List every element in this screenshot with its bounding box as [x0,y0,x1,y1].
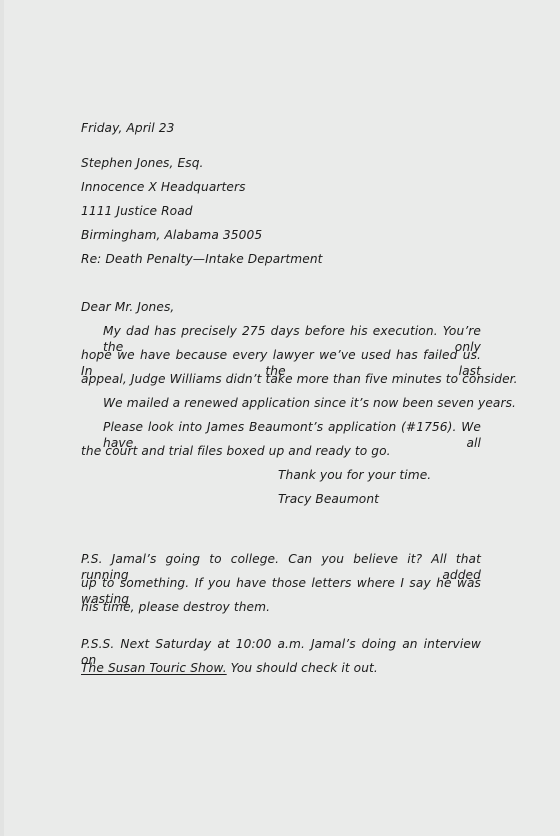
recipient-organization: Innocence X Headquarters [81,179,246,195]
body-line: appeal, Judge Williams didn’t take more … [81,371,518,387]
closing: Thank you for your time. [278,467,431,483]
letter-subject: Re: Death Penalty—Intake Department [81,251,323,267]
signature: Tracy Beaumont [278,491,379,507]
recipient-street: 1111 Justice Road [81,203,193,219]
letter-date: Friday, April 23 [81,120,174,136]
ps-line: his time, please destroy them. [81,599,270,615]
recipient-name: Stephen Jones, Esq. [81,155,204,171]
recipient-city-state-zip: Birmingham, Alabama 35005 [81,227,262,243]
page-edge [0,0,4,836]
pss-line-2: The Susan Touric Show. You should check … [81,660,378,676]
show-title: The Susan Touric Show. [81,661,227,675]
body-line: the court and trial files boxed up and r… [81,443,391,459]
body-line: We mailed a renewed application since it… [103,395,516,411]
salutation: Dear Mr. Jones, [81,299,174,315]
pss-line-rest: You should check it out. [227,661,378,675]
